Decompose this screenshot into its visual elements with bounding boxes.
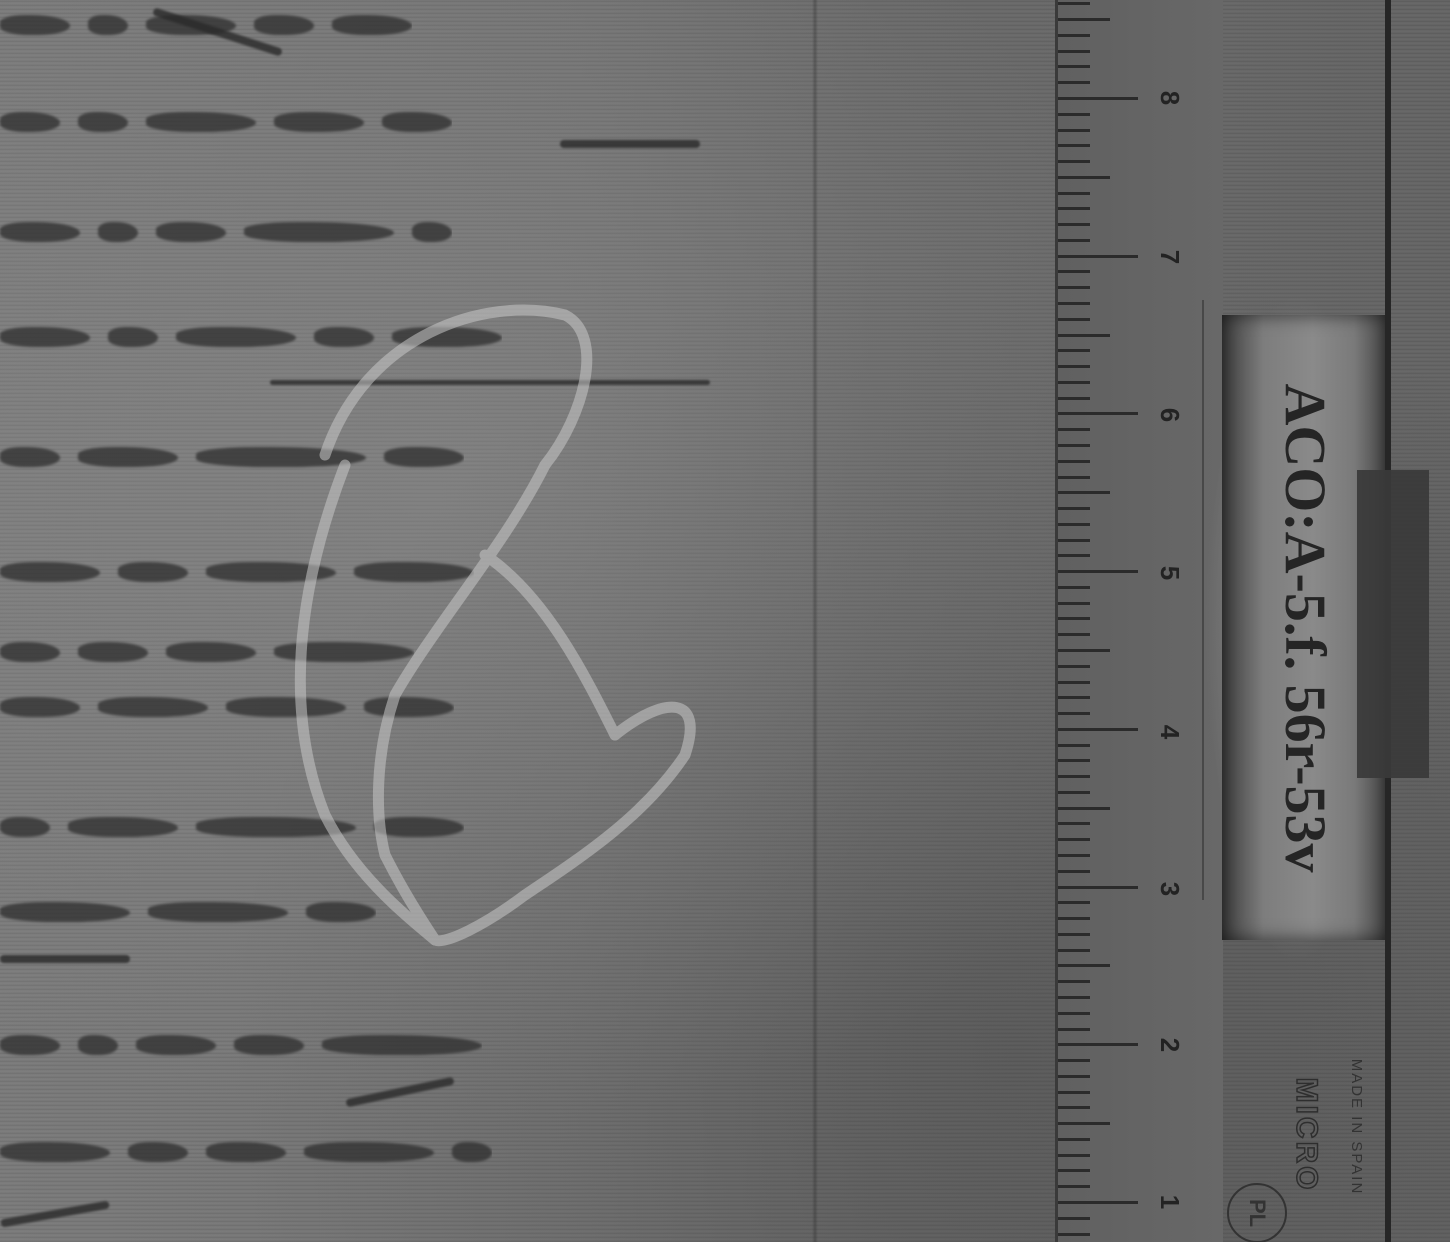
ruler-tick: [1058, 113, 1090, 116]
ruler-tick: [1058, 1185, 1090, 1188]
ruler-tick: [1058, 696, 1090, 699]
ink-stroke: [345, 1077, 454, 1108]
ruler-tick: [1058, 996, 1090, 999]
ink-stroke: [0, 955, 130, 963]
ink-line: [0, 215, 452, 249]
ruler-tick: [1058, 759, 1090, 762]
ruler-tick: [1058, 807, 1110, 810]
ruler-tick: [1058, 81, 1090, 84]
ruler-tick: [1058, 1154, 1090, 1157]
ruler-tick: [1058, 1059, 1090, 1062]
ink-line: [0, 1135, 492, 1169]
ruler-tick: [1058, 633, 1090, 636]
ruler-tick: [1058, 18, 1110, 21]
ruler-tick: [1058, 334, 1110, 337]
ruler-tick: [1058, 523, 1090, 526]
ruler-tick: [1058, 1169, 1090, 1172]
ruler-tick: [1058, 681, 1090, 684]
ruler-tick: [1058, 1091, 1090, 1094]
ruler-tick: [1058, 949, 1090, 952]
ruler-cm-number: 2: [1155, 1025, 1185, 1065]
ruler-tick: [1058, 65, 1090, 68]
ruler-tick: [1058, 917, 1090, 920]
ruler-tick: [1058, 1028, 1090, 1031]
ruler-tick: [1058, 964, 1110, 967]
ruler-logo-icon: PL: [1227, 1183, 1287, 1242]
ruler-tick: [1058, 1201, 1138, 1204]
ruler-tick: [1058, 602, 1090, 605]
dark-tab: [1357, 470, 1429, 778]
ruler-tick: [1058, 1217, 1090, 1220]
watermark-outline: [285, 295, 705, 955]
ruler-tick: [1058, 1106, 1090, 1109]
ink-stroke: [0, 1201, 110, 1228]
fold-line: [812, 0, 818, 1242]
ruler-tick: [1058, 460, 1090, 463]
ruler-tick: [1058, 129, 1090, 132]
ruler-cm-number: 8: [1155, 78, 1185, 118]
ruler-tick: [1058, 1233, 1090, 1236]
ruler-cm-number: 7: [1155, 237, 1185, 277]
ruler-tick: [1058, 239, 1090, 242]
ruler-tick: [1058, 791, 1090, 794]
ruler-tick: [1058, 1012, 1090, 1015]
ruler-tick: [1058, 476, 1090, 479]
ruler-tick: [1058, 1122, 1110, 1125]
ruler-tick: [1058, 144, 1090, 147]
ruler-tick: [1058, 822, 1090, 825]
ruler-tick: [1058, 980, 1090, 983]
ruler-tick: [1058, 854, 1090, 857]
ruler-tick: [1058, 491, 1110, 494]
ruler-tick: [1058, 665, 1090, 668]
ruler-cm-number: 1: [1155, 1182, 1185, 1222]
ruler-tick: [1058, 539, 1090, 542]
ruler-brand-name: MICRO: [1287, 1065, 1323, 1205]
archival-label-text: ACO:A-5.f. 56r-53v: [1265, 328, 1345, 928]
ruler-tick: [1058, 97, 1138, 100]
ruler-tick: [1058, 2, 1090, 5]
ruler-tick: [1058, 365, 1090, 368]
ruler-tick: [1058, 570, 1138, 573]
ruler-tick: [1058, 507, 1090, 510]
ruler-tick: [1058, 255, 1138, 258]
ruler-tick: [1058, 617, 1090, 620]
ruler-tick: [1058, 901, 1090, 904]
ruler-tick: [1058, 381, 1090, 384]
ruler-tick: [1058, 176, 1110, 179]
ruler-tick: [1058, 160, 1090, 163]
ruler-tick: [1058, 444, 1090, 447]
ruler-tick: [1058, 1043, 1138, 1046]
ruler-guide-line: [1202, 300, 1204, 900]
ruler-tick: [1058, 1075, 1090, 1078]
ruler-tick: [1058, 744, 1090, 747]
ruler-tick: [1058, 34, 1090, 37]
ruler-tick: [1058, 318, 1090, 321]
ruler-tick: [1058, 223, 1090, 226]
ruler-tick: [1058, 412, 1138, 415]
ruler-cm-number: 4: [1155, 712, 1185, 752]
ruler-cm-number: 6: [1155, 395, 1185, 435]
ruler-brand-area: MICRO MADE IN SPAIN PL: [1215, 1035, 1385, 1235]
ruler-tick: [1058, 649, 1110, 652]
ruler-tick: [1058, 870, 1090, 873]
ruler-tick: [1058, 192, 1090, 195]
ruler-cm-number: 5: [1155, 553, 1185, 593]
ruler-tick: [1058, 1138, 1090, 1141]
ruler-tick: [1058, 775, 1090, 778]
ink-line: [0, 1028, 482, 1062]
ruler-tick: [1058, 728, 1138, 731]
ink-line: [0, 105, 452, 139]
ink-stroke: [560, 140, 700, 148]
ruler-tick: [1058, 286, 1090, 289]
manuscript-text-area: [0, 0, 720, 1242]
ruler-tick: [1058, 397, 1090, 400]
ruler-origin-text: MADE IN SPAIN: [1345, 1042, 1365, 1212]
ruler-tick: [1058, 270, 1090, 273]
ruler: 12345678: [1055, 0, 1223, 1242]
ruler-cm-number: 3: [1155, 869, 1185, 909]
ruler-tick: [1058, 838, 1090, 841]
ruler-tick: [1058, 50, 1090, 53]
ruler-tick: [1058, 886, 1138, 889]
ruler-tick: [1058, 712, 1090, 715]
ruler-tick: [1058, 302, 1090, 305]
ruler-tick: [1058, 207, 1090, 210]
ruler-tick: [1058, 428, 1090, 431]
ruler-tick: [1058, 933, 1090, 936]
ruler-tick: [1058, 586, 1090, 589]
ruler-tick: [1058, 349, 1090, 352]
ruler-tick: [1058, 554, 1090, 557]
